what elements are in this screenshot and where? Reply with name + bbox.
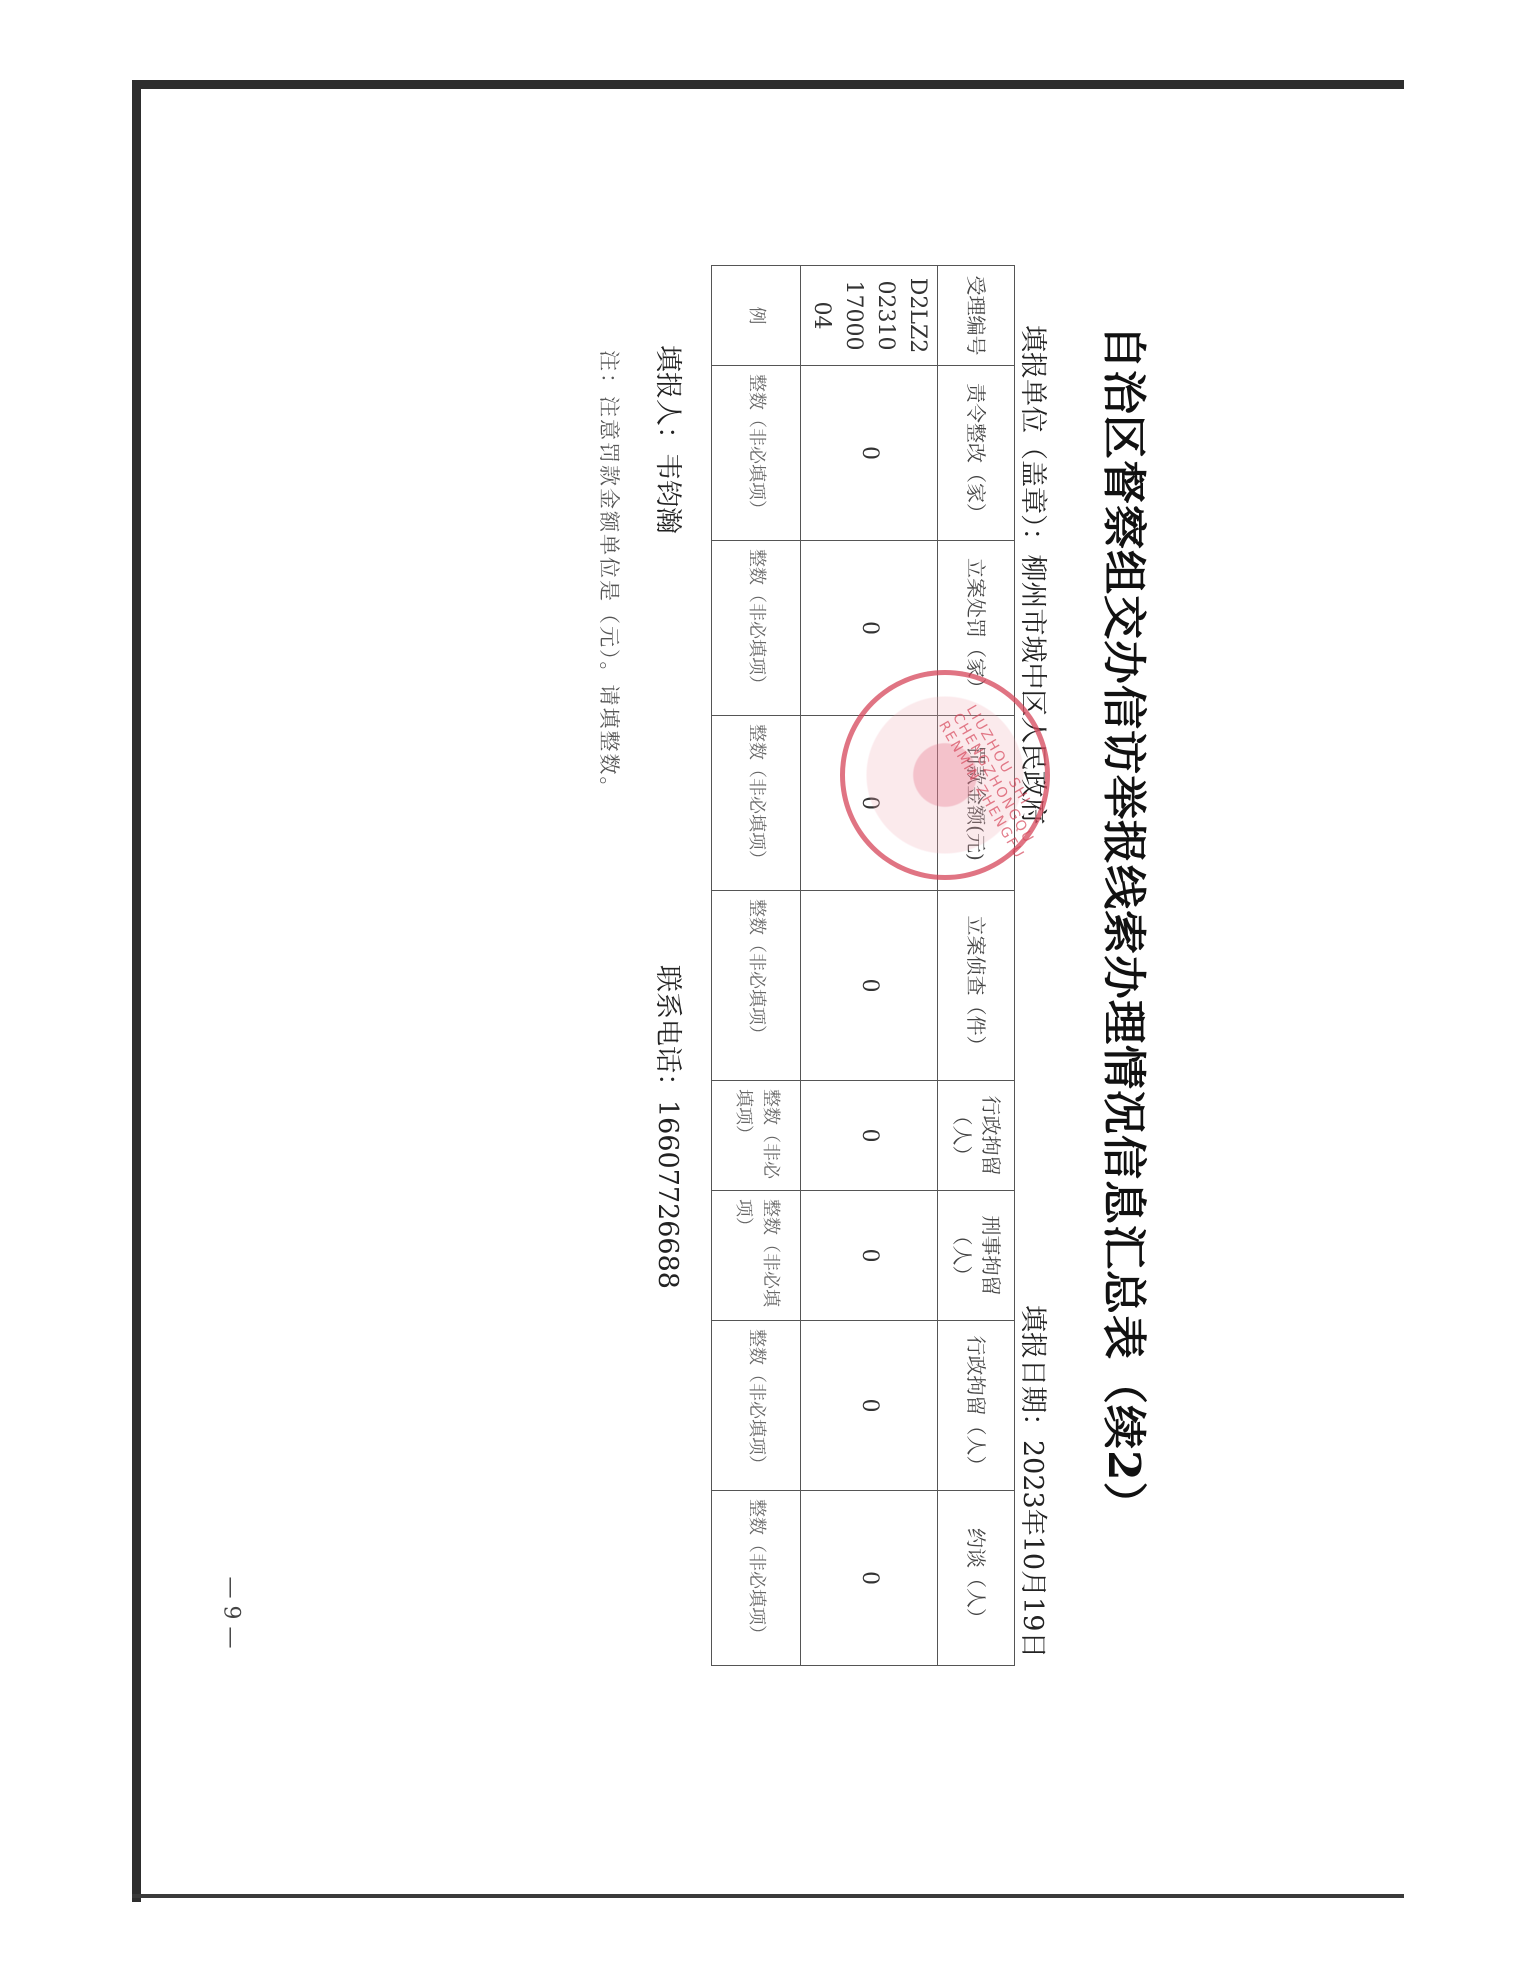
table-cell: 0 — [801, 891, 938, 1081]
phone-label: 联系电话： — [652, 965, 683, 1100]
page-number: — 9 — — [215, 1580, 245, 1650]
example-row: 例 整数（非必填项） 整数（非必填项） 整数（非必填项） 整数（非必填项） 整数… — [712, 266, 801, 1666]
header-cell: 行政拘留（人） — [938, 1081, 1015, 1191]
report-date-label: 填报日期： — [1017, 1305, 1048, 1440]
header-cell: 受理编号 — [938, 266, 1015, 366]
header-cell: 行政拘留（人） — [938, 1321, 1015, 1491]
case-number-cell: D2LZ2023101700004 — [801, 266, 938, 366]
example-cell: 整数（非必填项） — [712, 1321, 801, 1491]
filler-name: 韦钧瀚 — [652, 453, 683, 534]
example-cell: 整数（非必填项） — [712, 1191, 801, 1321]
example-cell: 整数（非必填项） — [712, 1491, 801, 1666]
phone-value: 16607726688 — [652, 1100, 683, 1289]
table-cell: 0 — [801, 716, 938, 891]
header-cell: 责令整改（家） — [938, 366, 1015, 541]
example-cell: 整数（非必填项） — [712, 716, 801, 891]
header-cell: 立案侦查（件） — [938, 891, 1015, 1081]
reporting-unit-label: 填报单位（盖章）： — [1017, 325, 1048, 555]
report-date-value: 2023年10月19日 — [1017, 1440, 1048, 1658]
summary-table: 受理编号 责令整改（家） 立案处罚（家） 罚款金额(元) 立案侦查（件） 行政拘… — [711, 265, 1015, 1666]
filler-label: 填报人： — [652, 345, 683, 453]
rotated-report-sheet: 自治区督察组交办信访举报线索办理情况信息汇总表（续2） 填报单位（盖章）：柳州市… — [510, 265, 1160, 1675]
table-cell: 0 — [801, 1081, 938, 1191]
example-cell: 整数（非必填项） — [712, 1081, 801, 1191]
header-cell: 罚款金额(元) — [938, 716, 1015, 891]
contact-phone: 联系电话：16607726688 — [651, 965, 690, 1289]
reporting-unit-value: 柳州市城中区人民政府 — [1017, 555, 1048, 825]
table-cell: 0 — [801, 1321, 938, 1491]
page-number-text: — 9 — — [218, 1577, 243, 1649]
table-cell: 0 — [801, 1491, 938, 1666]
table-cell: 0 — [801, 366, 938, 541]
table-cell: 0 — [801, 541, 938, 716]
report-date: 填报日期：2023年10月19日 — [1016, 1305, 1055, 1658]
reporting-unit: 填报单位（盖章）：柳州市城中区人民政府 — [1016, 325, 1055, 825]
filler: 填报人：韦钧瀚 — [651, 345, 690, 534]
header-cell: 刑事拘留（人） — [938, 1191, 1015, 1321]
table-row: D2LZ2023101700004 0 0 0 0 0 0 0 0 — [801, 266, 938, 1666]
document-title: 自治区督察组交办信访举报线索办理情况信息汇总表（续2） — [1096, 265, 1160, 1675]
header-cell: 约谈（人） — [938, 1491, 1015, 1666]
scan-frame-bottom-edge — [132, 1894, 1404, 1898]
scan-frame-left-edge — [132, 80, 141, 1902]
example-label-cell: 例 — [712, 266, 801, 366]
scan-frame-top-edge — [132, 80, 1404, 89]
example-cell: 整数（非必填项） — [712, 541, 801, 716]
example-cell: 整数（非必填项） — [712, 366, 801, 541]
table-cell: 0 — [801, 1191, 938, 1321]
example-cell: 整数（非必填项） — [712, 891, 801, 1081]
table-header-row: 受理编号 责令整改（家） 立案处罚（家） 罚款金额(元) 立案侦查（件） 行政拘… — [938, 266, 1015, 1666]
header-cell: 立案处罚（家） — [938, 541, 1015, 716]
footnote: 注：注意罚款金额单位是（元）。请填整数。 — [595, 350, 625, 800]
